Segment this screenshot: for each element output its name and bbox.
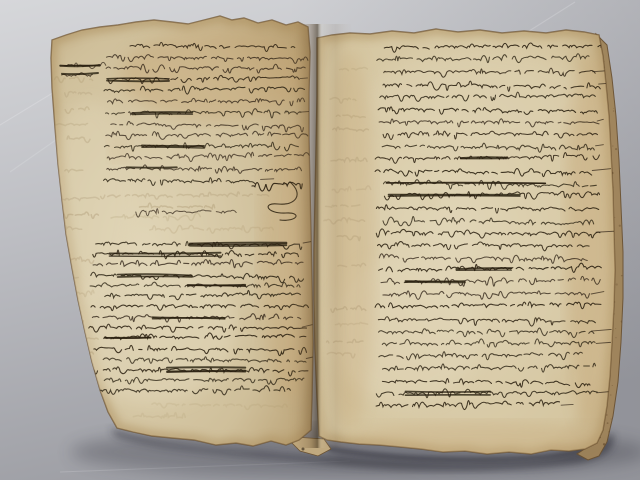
paper-stain bbox=[548, 368, 572, 392]
fore-edge-speck bbox=[603, 443, 605, 445]
fore-edge-speck bbox=[619, 225, 621, 227]
ink-stroke bbox=[132, 112, 192, 113]
gutter-shadow bbox=[288, 24, 352, 448]
fore-edge-speck bbox=[615, 337, 616, 338]
ink-stroke bbox=[188, 285, 246, 286]
gutter-bottom-blot bbox=[302, 448, 305, 451]
fore-edge-speck bbox=[615, 148, 617, 150]
fore-edge-speck bbox=[613, 110, 615, 112]
ink-stroke bbox=[389, 196, 520, 197]
ink-stroke bbox=[107, 81, 169, 82]
ink-stroke bbox=[456, 268, 511, 269]
ink-stroke bbox=[118, 276, 192, 277]
fore-edge-speck bbox=[616, 283, 618, 285]
fore-edge-speck bbox=[610, 394, 612, 396]
paper-toning bbox=[120, 30, 310, 120]
ink-stroke bbox=[142, 145, 204, 146]
fore-edge-speck bbox=[612, 385, 613, 386]
ink-stroke bbox=[107, 78, 169, 79]
fore-edge-speck bbox=[612, 145, 614, 147]
ink-stroke bbox=[109, 253, 220, 254]
photo-frame bbox=[0, 0, 640, 480]
ink-stroke bbox=[461, 157, 508, 158]
fore-edge-speck bbox=[615, 328, 616, 329]
fore-edge-speck bbox=[621, 275, 623, 277]
manuscript-photo bbox=[0, 0, 640, 480]
ink-stroke bbox=[132, 114, 192, 115]
fore-edge-speck bbox=[610, 418, 611, 419]
right-page bbox=[314, 29, 616, 458]
ink-stroke bbox=[153, 318, 225, 319]
ink-stroke bbox=[167, 371, 245, 372]
book bbox=[34, 16, 623, 460]
ink-stroke bbox=[405, 391, 490, 392]
fore-edge-speck bbox=[613, 108, 614, 109]
fore-edge-speck bbox=[614, 217, 615, 218]
ink-stroke bbox=[261, 179, 274, 180]
ink-stroke bbox=[386, 183, 545, 184]
paper-toning bbox=[565, 50, 615, 430]
ink-stroke bbox=[60, 65, 100, 66]
ink-stroke bbox=[190, 244, 287, 245]
ink-stroke bbox=[190, 245, 287, 246]
ink-stroke bbox=[62, 73, 98, 74]
fore-edge-speck bbox=[607, 422, 609, 424]
